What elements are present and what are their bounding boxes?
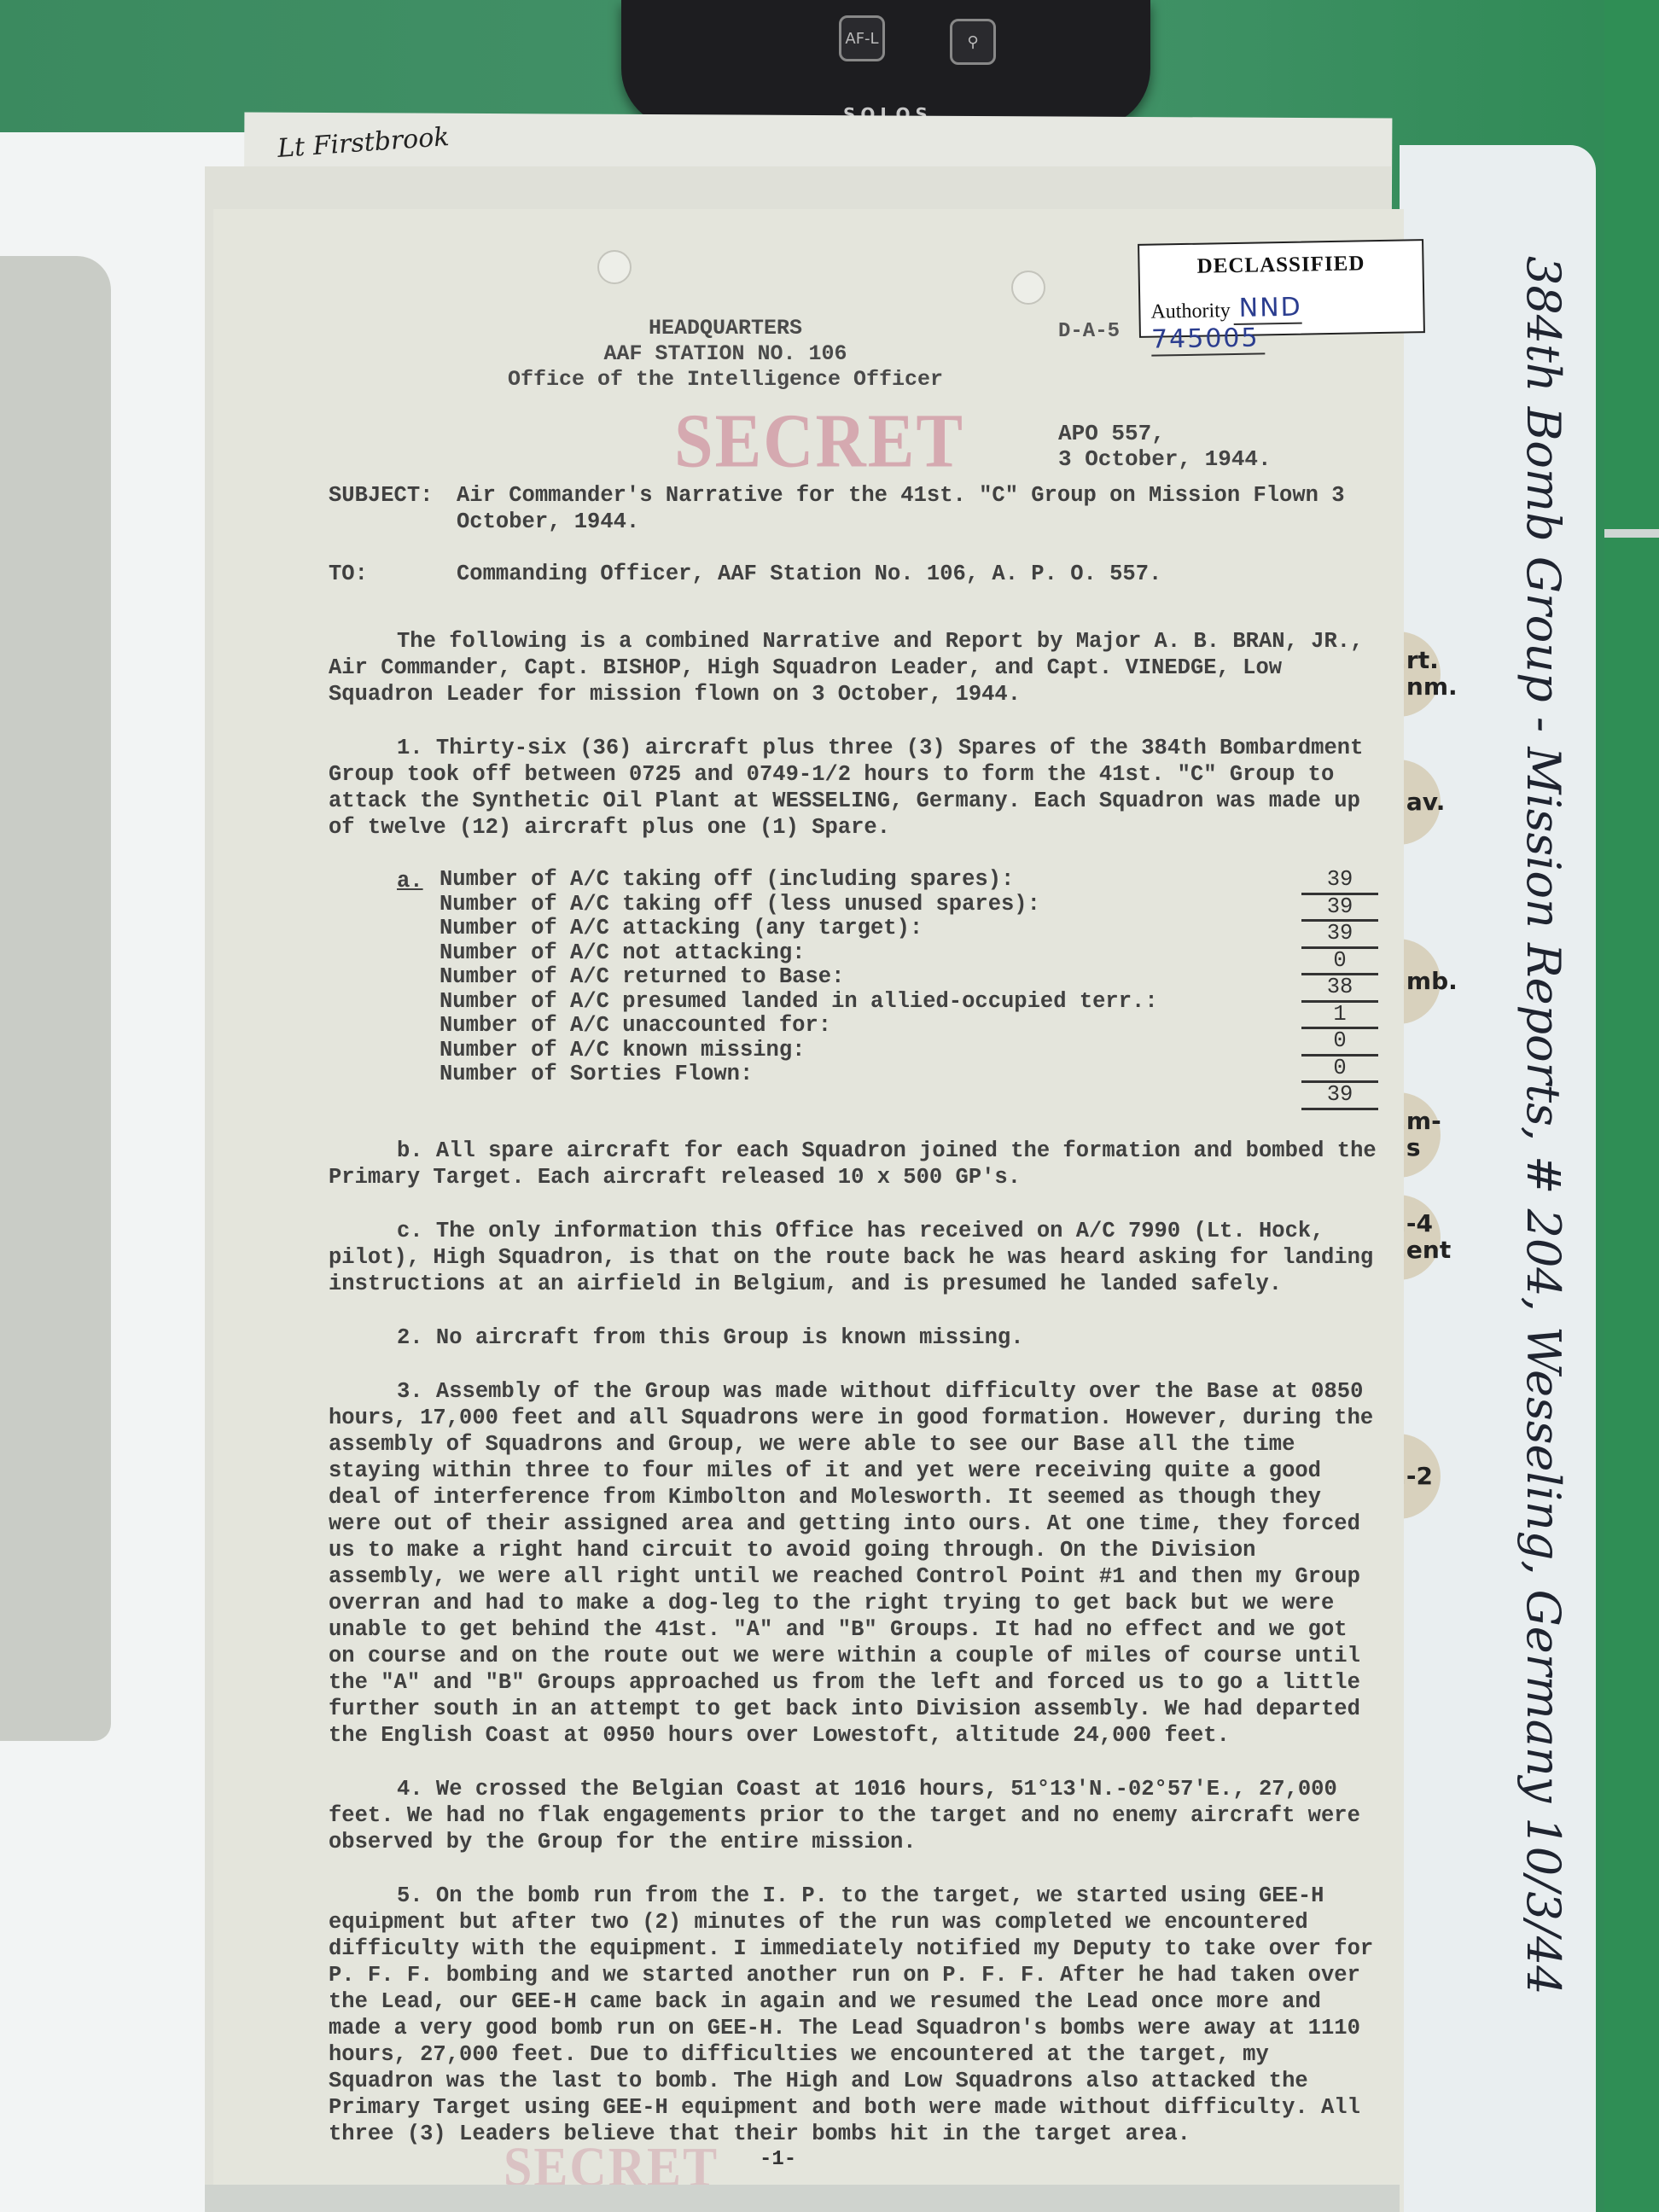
folder-pocket: [0, 256, 111, 1741]
stat-value: 39: [1301, 922, 1378, 949]
strip-mark: [1604, 529, 1659, 538]
letterhead: HEADQUARTERS AAF STATION NO. 106 Office …: [213, 316, 1237, 393]
paragraph-1b: b. All spare aircraft for each Squadron …: [329, 1138, 1378, 1190]
paragraph-1: 1. Thirty-six (36) aircraft plus three (…: [329, 735, 1378, 841]
stat-label: Number of A/C not attacking:: [439, 941, 1301, 966]
stamp-title: DECLASSIFIED: [1139, 251, 1422, 280]
intro-paragraph: The following is a combined Narrative an…: [329, 628, 1378, 707]
stat-label: Number of A/C taking off (less unused sp…: [439, 893, 1301, 917]
aircraft-stats: a. Number of A/C taking off (including s…: [397, 868, 1378, 1110]
subject-line: SUBJECT: Air Commander's Narrative for t…: [329, 482, 1378, 535]
punch-hole: [1011, 271, 1045, 305]
stat-value: 39: [1301, 895, 1378, 923]
stat-value: 39: [1301, 868, 1378, 895]
stat-label: Number of A/C attacking (any target):: [439, 917, 1301, 941]
to-line: TO: Commanding Officer, AAF Station No. …: [329, 561, 1378, 587]
stat-label: Number of A/C returned to Base:: [439, 965, 1301, 990]
paragraph-4: 4. We crossed the Belgian Coast at 1016 …: [329, 1776, 1378, 1855]
folder-bottom-edge: [205, 2185, 1400, 2212]
stat-value: 0: [1301, 1057, 1378, 1084]
paragraph-3: 3. Assembly of the Group was made withou…: [329, 1378, 1378, 1749]
apo-date: APO 557, 3 October, 1944.: [1058, 421, 1272, 472]
stat-values: 39393903810039: [1301, 868, 1378, 1110]
afl-button-icon: AF-L: [839, 15, 885, 61]
stat-value: 39: [1301, 1083, 1378, 1110]
document-page: DECLASSIFIED AuthorityNND 745005 D-A-5 H…: [213, 209, 1404, 2212]
camera-body: AF-L ⚲ SOLOS: [621, 0, 1150, 128]
stat-labels: Number of A/C taking off (including spar…: [439, 868, 1301, 1110]
green-strip: [1604, 0, 1659, 2212]
stat-value: 38: [1301, 975, 1378, 1003]
stat-label: Number of A/C taking off (including spar…: [439, 868, 1301, 893]
stat-label: Number of A/C known missing:: [439, 1039, 1301, 1063]
stat-label: Number of A/C unaccounted for:: [439, 1014, 1301, 1039]
paragraph-1c: c. The only information this Office has …: [329, 1218, 1378, 1297]
stat-label: Number of Sorties Flown:: [439, 1062, 1301, 1087]
document-body: SUBJECT: Air Commander's Narrative for t…: [329, 482, 1378, 2174]
page-number: -1-: [760, 2148, 796, 2171]
paragraph-5: 5. On the bomb run from the I. P. to the…: [329, 1883, 1378, 2147]
stat-value: 1: [1301, 1003, 1378, 1030]
stat-value: 0: [1301, 1029, 1378, 1057]
stat-value: 0: [1301, 949, 1378, 976]
spine-handwritten-note: 384th Bomb Group - Mission Reports, # 20…: [1516, 256, 1570, 1536]
classification-stamp: SECRET: [674, 397, 964, 485]
stat-label: Number of A/C presumed landed in allied-…: [439, 990, 1301, 1015]
paragraph-2: 2. No aircraft from this Group is known …: [329, 1324, 1378, 1351]
magnifier-icon: ⚲: [950, 19, 996, 65]
punch-hole: [597, 250, 632, 284]
